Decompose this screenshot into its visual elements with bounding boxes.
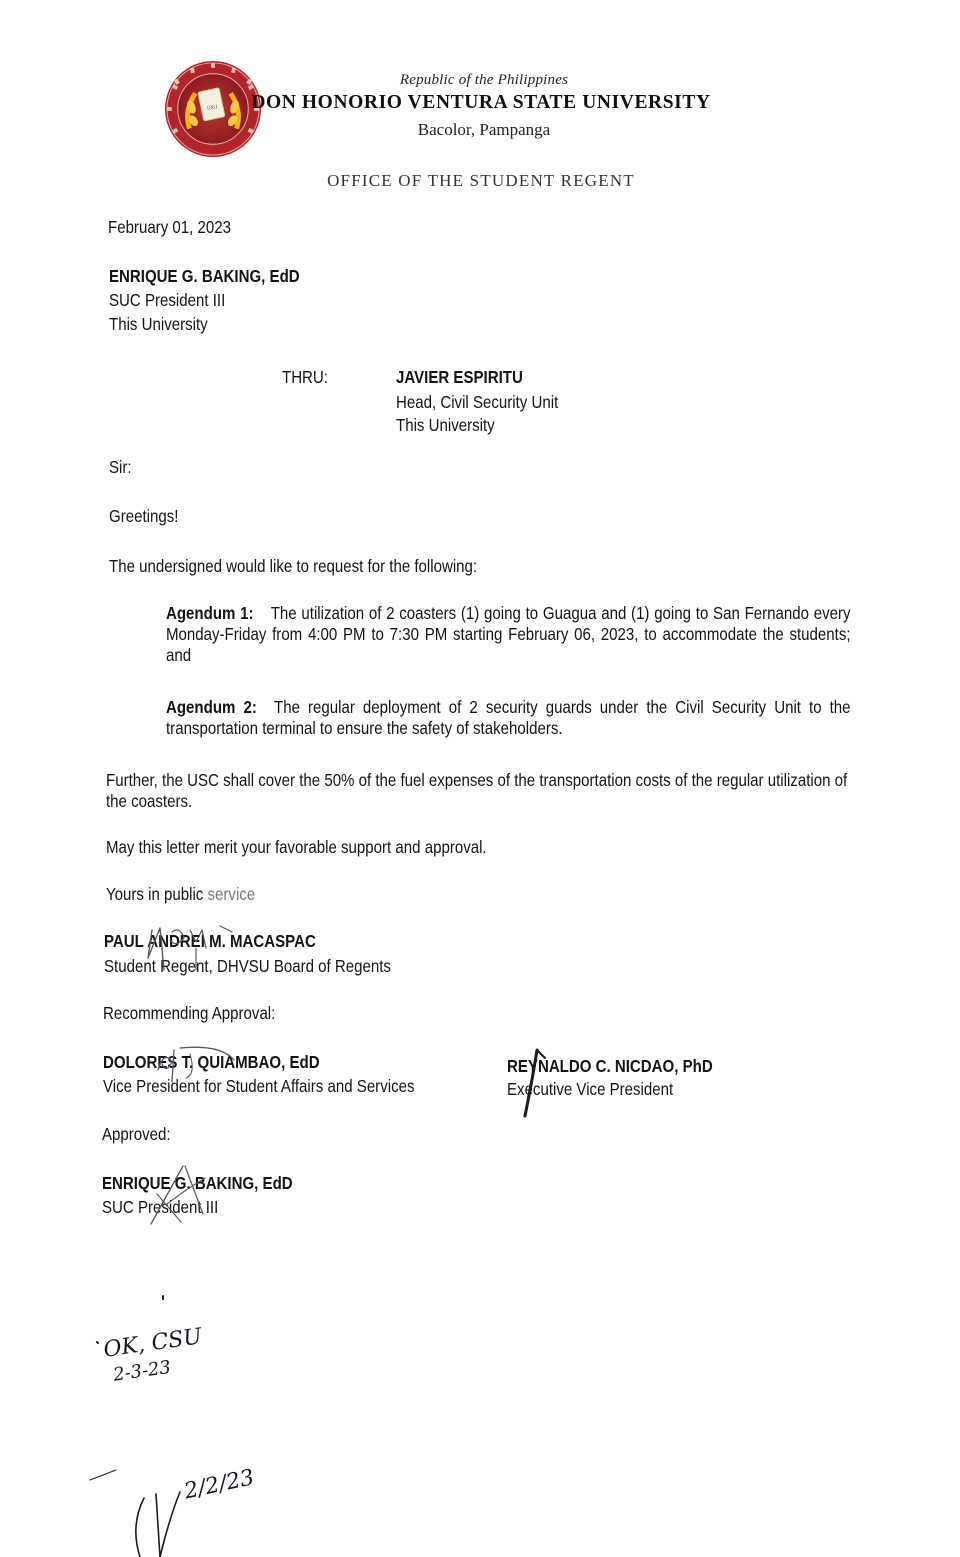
letterhead-location: Bacolor, Pampanga [264,120,704,140]
closing: Yours in public service [106,884,255,905]
university-seal-icon: 1861 [164,60,262,158]
agendum-1-label: Agendum 1: [166,603,254,623]
handwritten-note-date: 2-3-23 [112,1350,208,1389]
agendum-1-text: The utilization of 2 coasters (1) going … [166,603,851,665]
sender-title: Student Regent, DHVSU Board of Regents [104,956,391,977]
received-signature-icon [86,1466,266,1557]
letter-date: February 01, 2023 [108,217,231,238]
letterhead-office: OFFICE OF THE STUDENT REGENT [250,171,712,191]
thru-label: THRU: [282,367,328,388]
closing-prefix: Yours in public [106,884,208,904]
approver-name: ENRIQUE G. BAKING, EdD [102,1173,293,1194]
intro-line: The undersigned would like to request fo… [109,556,477,577]
letterhead-university: DON HONORIO VENTURA STATE UNIVERSITY [250,91,712,114]
closing-suffix: service [208,884,256,904]
thru-name: JAVIER ESPIRITU [396,367,523,388]
sender-name: PAUL ANDREI M. MACASPAC [104,931,316,952]
handwritten-note-text: OK, CSU [102,1324,204,1364]
addressee-name: ENRIQUE G. BAKING, EdD [109,266,300,287]
agendum-1: Agendum 1:The utilization of 2 coasters … [166,603,851,666]
agendum-2: Agendum 2:The regular deployment of 2 se… [166,697,851,739]
greeting: Greetings! [109,506,178,527]
addressee-org: This University [109,314,208,335]
addressee-title: SUC President III [109,290,225,311]
approver-signature-icon [145,1160,235,1230]
recommender-2-signature-icon [515,1036,555,1120]
further-paragraph: Further, the USC shall cover the 50% of … [106,770,852,812]
stray-marks-icon [95,1290,175,1350]
recommender-1-title: Vice President for Student Affairs and S… [103,1076,414,1097]
thru-org: This University [396,415,495,436]
recommending-label: Recommending Approval: [103,1003,275,1024]
approved-label: Approved: [102,1124,171,1145]
agendum-2-text: The regular deployment of 2 security gua… [166,697,851,738]
received-date: 2/2/23 [182,1465,256,1504]
closing-request: May this letter merit your favorable sup… [106,837,487,858]
letterhead-republic: Republic of the Philippines [264,72,704,89]
recommender-1-name: DOLORES T. QUIAMBAO, EdD [103,1052,320,1073]
recommender-2-title: Executive Vice President [507,1079,673,1100]
salutation: Sir: [109,457,132,478]
thru-title: Head, Civil Security Unit [396,392,558,413]
sender-signature-icon [140,918,280,988]
letter-page: 1861 Republic of the Philippines DON HON… [0,0,960,1557]
agendum-2-label: Agendum 2: [166,697,257,717]
approver-title: SUC President III [102,1197,218,1218]
recommender-2-name: REYNALDO C. NICDAO, PhD [507,1056,713,1077]
handwritten-note: OK, CSU 2-3-23 [102,1324,207,1389]
